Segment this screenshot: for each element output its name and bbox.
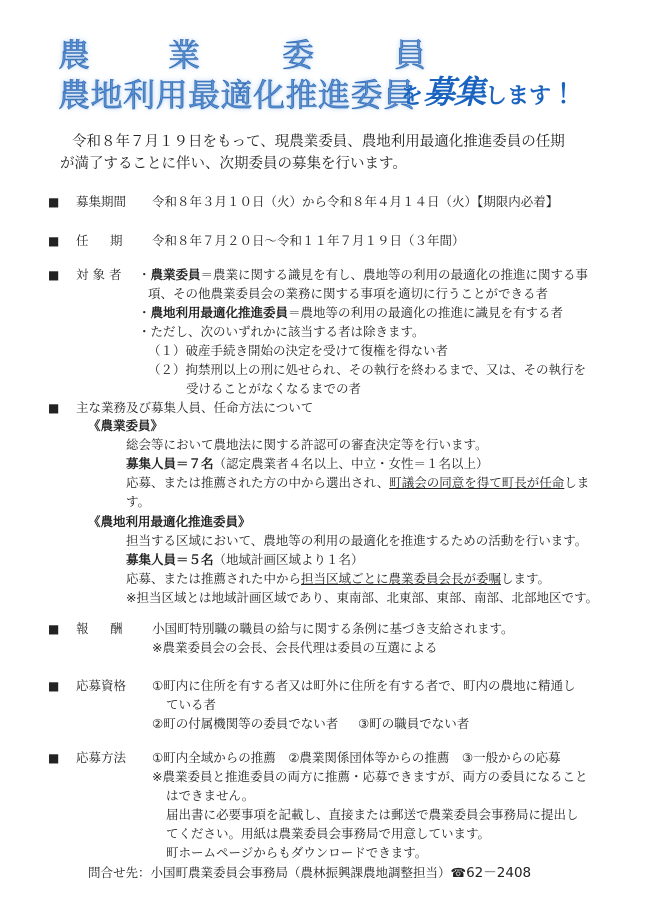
square-bullet-icon: ■ xyxy=(48,677,60,696)
duty-desc: 担当する区域において、農地等の利用の最適化を推進するための活動を行います。 xyxy=(126,531,587,550)
method-note: ※農業委員と推進委員の両方に推薦・応募できますが、両方の委員になること xyxy=(152,767,587,786)
square-bullet-icon: ■ xyxy=(48,232,60,251)
title-suffix-shimasu: します xyxy=(485,84,551,109)
qualification-item-cont: ている者 xyxy=(166,695,216,714)
title-char: 農 xyxy=(58,36,90,74)
title-suffix-wo: を xyxy=(401,84,423,109)
section-reward: ■ 報 酬 小国町特別職の職員の給与に関する条例に基づき支給されます。 ※農業委… xyxy=(48,619,608,659)
title-suffix-exclaim: ！ xyxy=(557,80,583,110)
appoint-text: 応募、または推薦された中から xyxy=(126,571,301,586)
qualification-item: ③町の職員でない者 xyxy=(358,714,469,733)
title-line-nogyo-iin: 農業委員 xyxy=(58,36,426,74)
recruit-count: 募集人員＝５名 xyxy=(126,552,214,567)
section-qualification: ■ 応募資格 ①町内に住所を有する者又は町外に住所を有する者で、町内の農地に精通… xyxy=(48,676,628,736)
duty-count: 募集人員＝５名（地域計画区域より１名） xyxy=(126,550,364,569)
target-item-exclusion: ・ただし、次のいずれかに該当する者は除きます。 xyxy=(138,322,425,341)
contact-line: 問合せ先：小国町農業委員会事務局（農林振興課農地調整担当）☎62－2408 xyxy=(88,863,608,883)
appoint-text: します。 xyxy=(501,571,550,586)
appoint-text: しま xyxy=(564,475,589,490)
recruit-count: 募集人員＝７名 xyxy=(126,456,214,471)
appoint-emphasis: 町議会の同意を得て町長が任命 xyxy=(389,475,564,490)
section-value: 令和８年７月２０日～令和１１年７月１９日（３年間） xyxy=(152,231,465,250)
section-label: 任 xyxy=(76,231,89,250)
recruit-count-note: （地域計画区域より１名） xyxy=(214,552,364,567)
square-bullet-icon: ■ xyxy=(48,266,60,285)
section-label: 報 xyxy=(76,619,89,638)
title-char: 員 xyxy=(394,36,426,74)
duty-heading-suishin: 《農地利用最適化推進委員》 xyxy=(88,512,251,531)
bullet-dot: ・ xyxy=(138,305,151,320)
appoint-emphasis: 担当区域ごとに農業委員会長が委嘱 xyxy=(301,571,501,586)
square-bullet-icon: ■ xyxy=(48,749,60,768)
section-value: 小国町特別職の職員の給与に関する条例に基づき支給されます。 xyxy=(152,619,514,638)
duty-heading-nogyo: 《農業委員》 xyxy=(88,416,163,435)
duty-desc: 総会等において農地法に関する許認可の審査決定等を行います。 xyxy=(126,435,488,454)
intro-line: が満了することに伴い、次期委員の募集を行います。 xyxy=(60,153,612,175)
square-bullet-icon: ■ xyxy=(48,399,60,418)
title-suffix: を募集します！ xyxy=(401,72,583,117)
title-suffix-boshu: 募集 xyxy=(423,73,485,111)
method-download: 町ホームページからもダウンロードできます。 xyxy=(166,843,427,862)
section-label: 主な業務及び募集人員、任命方法について xyxy=(76,398,313,417)
intro-paragraph: 令和８年７月１９日をもって、現農業委員、農地利用最適化推進委員の任期 が満了する… xyxy=(62,131,612,175)
target-desc: ＝農地等の利用の最適化の推進に識見を有する者 xyxy=(288,305,563,320)
contact-text: 問合せ先：小国町農業委員会事務局（農林振興課農地調整担当） xyxy=(88,865,451,880)
appoint-text: 応募、または推薦された方の中から選出され、 xyxy=(126,475,389,490)
section-label: 期 xyxy=(110,231,123,250)
title-char: 業 xyxy=(168,36,200,74)
target-item-nogyo: ・農業委員＝農業に関する識見を有し、農地等の利用の最適化の推進に関する事 xyxy=(138,265,588,284)
bullet-dot: ・ xyxy=(138,267,151,282)
bullet-dot: ・ xyxy=(138,324,151,339)
qualification-item: ①町内に住所を有する者又は町外に住所を有する者で、町内の農地に精通し xyxy=(152,676,575,695)
method-submit: てください。用紙は農業委員会事務局で用意しています。 xyxy=(166,824,490,843)
section-label: 応募方法 xyxy=(76,748,126,767)
section-term: ■ 任 期 令和８年７月２０日～令和１１年７月１９日（３年間） xyxy=(48,231,608,251)
target-role: 農業委員 xyxy=(151,267,201,282)
intro-line: 令和８年７月１９日をもって、現農業委員、農地利用最適化推進委員の任期 xyxy=(62,131,612,153)
target-desc-cont: 項、その他農業委員会の業務に関する事項を適切に行うことができる者 xyxy=(148,284,548,303)
target-role: 農地利用最適化推進委員 xyxy=(151,305,289,320)
section-duties: ■ 主な業務及び募集人員、任命方法について 《農業委員》 総会等において農地法に… xyxy=(48,398,628,608)
section-period: ■ 募集期間 令和８年３月１０日（火）から令和８年４月１４日（火）【期限内必着】 xyxy=(48,192,608,212)
target-item-suishin: ・農地利用最適化推進委員＝農地等の利用の最適化の推進に識見を有する者 xyxy=(138,303,563,322)
exclusion-item: （１）破産手続き開始の決定を受けて復権を得ない者 xyxy=(148,341,448,360)
target-desc: ただし、次のいずれかに該当する者は除きます。 xyxy=(151,324,425,339)
area-note: ※担当区域とは地域計画区域であり、東南部、北東部、東部、南部、北部地区です。 xyxy=(126,588,598,607)
target-desc: ＝農業に関する識見を有し、農地等の利用の最適化の推進に関する事 xyxy=(201,267,589,282)
phone-number: 62－2408 xyxy=(466,865,531,881)
duty-appoint: 応募、または推薦された方の中から選出され、町議会の同意を得て町長が任命しま xyxy=(126,473,589,492)
section-label: 募集期間 xyxy=(76,192,126,211)
appoint-cont: す。 xyxy=(126,492,150,511)
method-submit: 届出書に必要事項を記載し、直接または郵送で農業委員会事務局に提出し xyxy=(166,805,579,824)
section-label: 応募資格 xyxy=(76,676,126,695)
duty-count: 募集人員＝７名（認定農業者４名以上、中立・女性＝１名以上） xyxy=(126,454,489,473)
reward-note: ※農業委員会の会長、会長代理は委員の互選による xyxy=(152,638,437,657)
method-options: ①町内全域からの推薦 ②農業関係団体等からの推薦 ③一般からの応募 xyxy=(152,748,561,767)
section-label: 酬 xyxy=(110,619,123,638)
title-char: 委 xyxy=(282,36,314,74)
qualification-item: ②町の付属機関等の委員でない者 xyxy=(152,714,338,733)
section-value: 令和８年３月１０日（火）から令和８年４月１４日（火）【期限内必着】 xyxy=(152,192,558,211)
square-bullet-icon: ■ xyxy=(48,620,60,639)
section-label: 対 象 者 xyxy=(76,265,121,284)
method-note-cont: はできません。 xyxy=(166,786,254,805)
duty-appoint: 応募、または推薦された中から担当区域ごとに農業委員会長が委嘱します。 xyxy=(126,569,550,588)
square-bullet-icon: ■ xyxy=(48,193,60,212)
exclusion-item-cont: 受けることがなくなるまでの者 xyxy=(186,379,361,398)
section-target: ■ 対 象 者 ・農業委員＝農業に関する識見を有し、農地等の利用の最適化の推進に… xyxy=(48,265,628,390)
title-line-suishin-iin: 農地利用最適化推進委員 xyxy=(58,76,416,114)
exclusion-item: （２）拘禁刑以上の刑に処せられ、その執行を終わるまで、又は、その執行を xyxy=(148,360,586,379)
recruit-count-note: （認定農業者４名以上、中立・女性＝１名以上） xyxy=(214,456,489,471)
title-block: 農業委員 農地利用最適化推進委員 を募集します！ xyxy=(58,36,618,116)
section-method: ■ 応募方法 ①町内全域からの推薦 ②農業関係団体等からの推薦 ③一般からの応募… xyxy=(48,748,628,858)
phone-icon: ☎ xyxy=(451,865,467,880)
